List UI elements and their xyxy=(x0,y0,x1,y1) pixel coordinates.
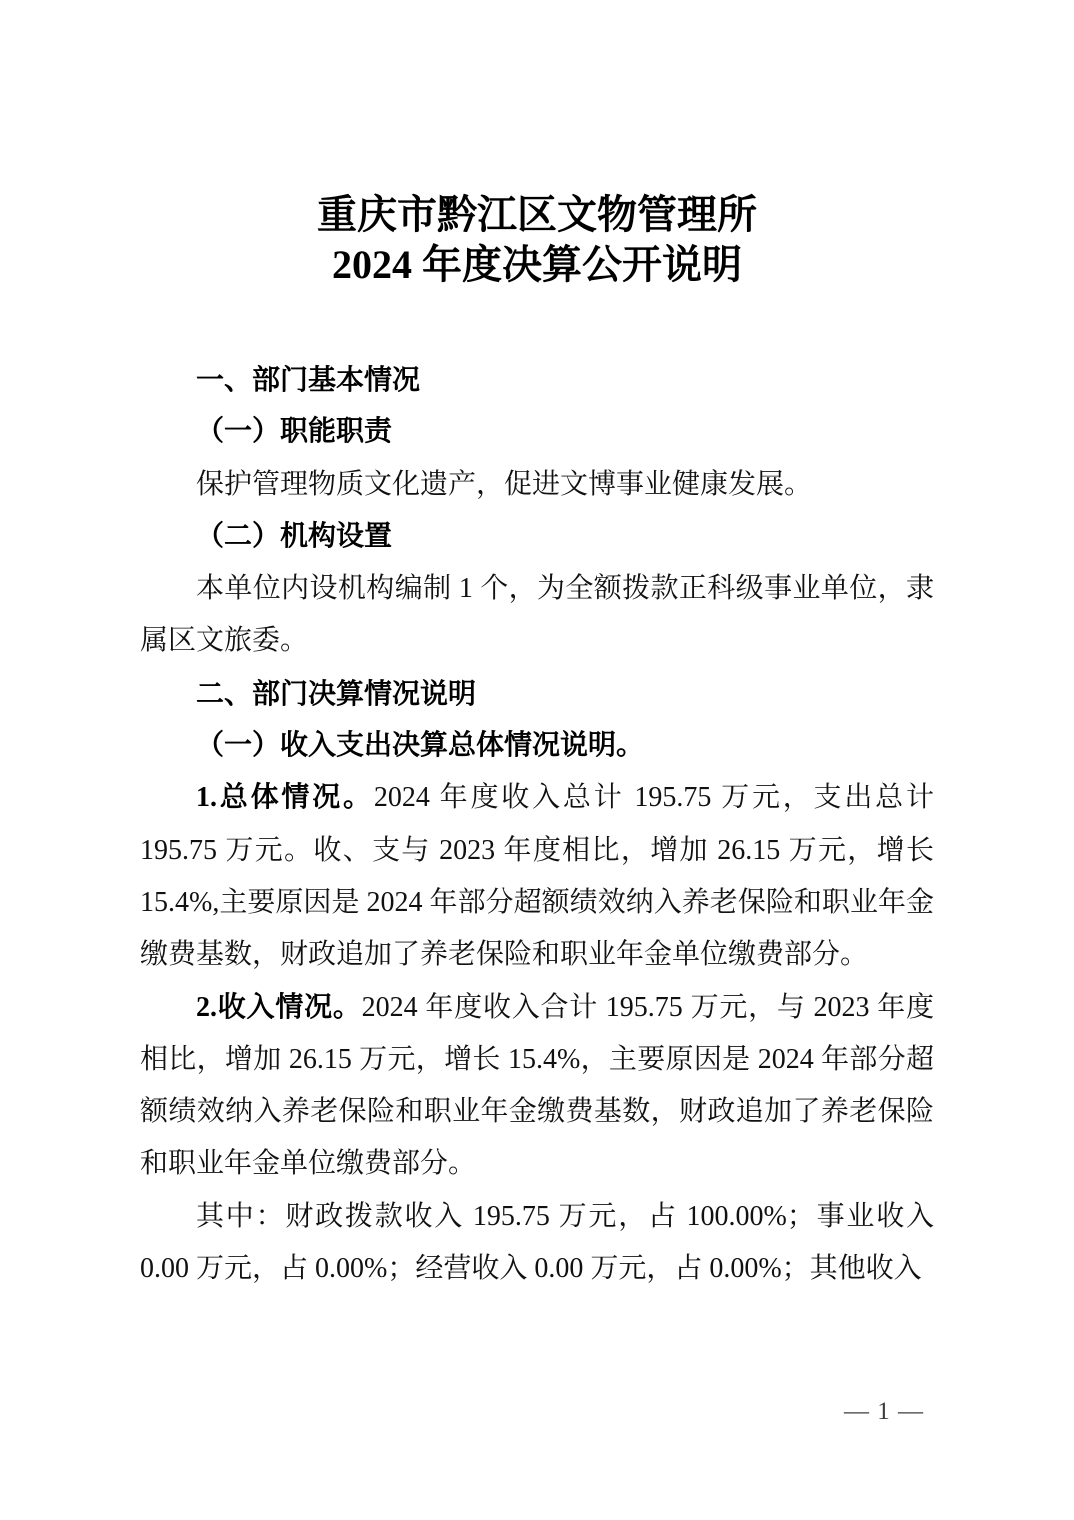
document-body: 一、部门基本情况 （一）职能职责 保护管理物质文化遗产，促进文博事业健康发展。 … xyxy=(140,354,934,1295)
page-footer: — 1 — xyxy=(844,1398,924,1426)
paragraph-income-breakdown: 其中：财政拨款收入 195.75 万元，占 100.00%；事业收入 0.00 … xyxy=(140,1191,934,1296)
document-title-line1: 重庆市黔江区文物管理所 xyxy=(0,190,1074,240)
document-title-line2: 2024 年度决算公开说明 xyxy=(0,240,1074,290)
paragraph-duties: 保护管理物质文化遗产，促进文博事业健康发展。 xyxy=(140,459,934,511)
subsection-heading-organization: （二）机构设置 xyxy=(140,511,934,563)
section-heading-basic-info: 一、部门基本情况 xyxy=(140,354,934,406)
document-title: 重庆市黔江区文物管理所 2024 年度决算公开说明 xyxy=(0,0,1074,290)
paragraph-overall-lead-label: 1.总体情况。 xyxy=(196,782,374,813)
page-number: — 1 — xyxy=(844,1398,924,1425)
paragraph-overall-situation: 1.总体情况。2024 年度收入总计 195.75 万元，支出总计 195.75… xyxy=(140,772,934,981)
paragraph-organization: 本单位内设机构编制 1 个，为全额拨款正科级事业单位，隶属区文旅委。 xyxy=(140,563,934,668)
document-page: 重庆市黔江区文物管理所 2024 年度决算公开说明 一、部门基本情况 （一）职能… xyxy=(0,0,1074,1520)
section-heading-final-accounts: 二、部门决算情况说明 xyxy=(140,668,934,720)
paragraph-income-situation: 2.收入情况。2024 年度收入合计 195.75 万元，与 2023 年度相比… xyxy=(140,982,934,1191)
paragraph-income-lead-label: 2.收入情况。 xyxy=(196,992,362,1023)
subsection-heading-duties: （一）职能职责 xyxy=(140,406,934,458)
subsection-heading-overview: （一）收入支出决算总体情况说明。 xyxy=(140,720,934,772)
